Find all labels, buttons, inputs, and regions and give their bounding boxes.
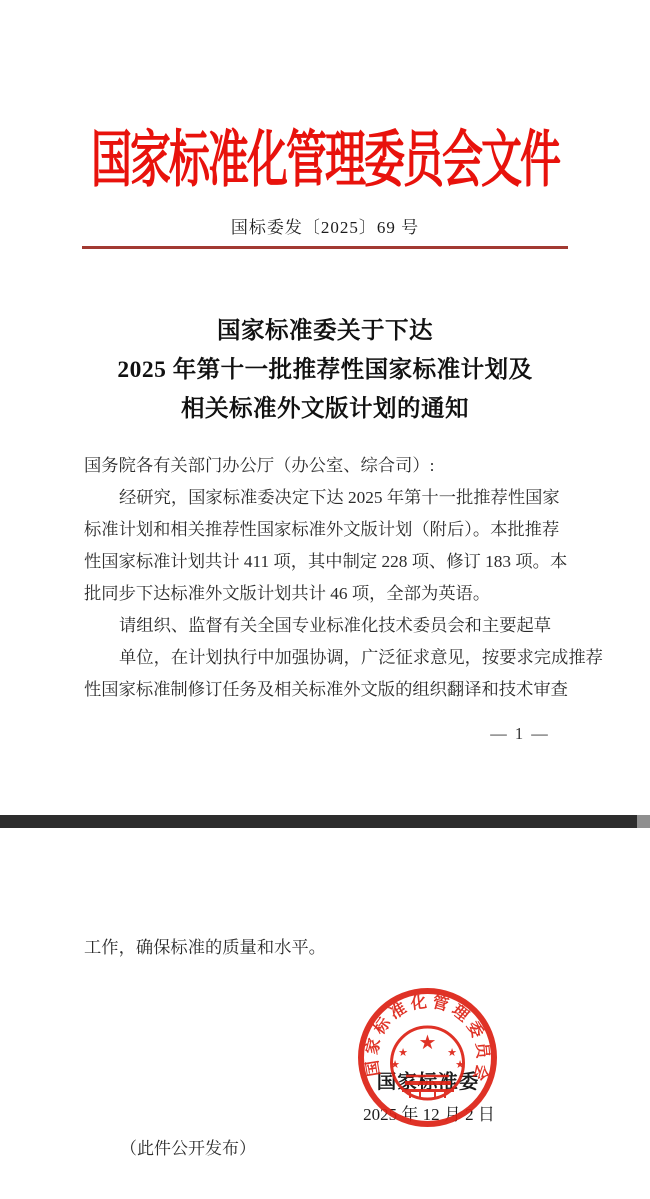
body-text-line: 请组织、监督有关全国专业标准化技术委员会和主要起草 (84, 610, 574, 642)
document-number: 国标委发〔2025〕69 号 (0, 213, 650, 238)
page-break-bar-end (637, 815, 650, 828)
body-text-line: 单位，在计划执行中加强协调，广泛征求意见，按要求完成推荐 (84, 642, 574, 674)
emblem-small-star-1: ★ (398, 1047, 408, 1059)
notice-title: 国家标准委关于下达2025 年第十一批推荐性国家标准计划及相关标准外文版计划的通… (0, 312, 650, 429)
emblem-small-star-2: ★ (447, 1047, 457, 1059)
body-text: 国务院各有关部门办公厅（办公室、综合司）: 经研究，国家标准委决定下达 2025… (84, 450, 574, 706)
body-text-line: 性国家标准制修订任务及相关标准外文版的组织翻译和技术审查 (84, 674, 574, 706)
body-paragraph-lines: 经研究，国家标准委决定下达 2025 年第十一批推荐性国家标准计划和相关推荐性国… (84, 482, 574, 706)
notice-title-line: 2025 年第十一批推荐性国家标准计划及 (0, 351, 650, 390)
emblem-big-star: ★ (419, 1032, 437, 1054)
body-continuation-line: 工作，确保标准的质量和水平。 (84, 932, 574, 964)
body-text-line: 批同步下达标准外文版计划共计 46 项，全部为英语。 (84, 578, 574, 610)
body-text-line: 经研究，国家标准委决定下达 2025 年第十一批推荐性国家 (84, 482, 574, 514)
page-break-bar (0, 815, 650, 828)
notice-title-line: 国家标准委关于下达 (0, 312, 650, 351)
body-text-line: 性国家标准计划共计 411 项，其中制定 228 项、修订 183 项。本 (84, 546, 574, 578)
red-header-title: 国家标准化管理委员会文件 (0, 110, 650, 199)
issue-date: 2025 年 12 月 2 日 (358, 1100, 500, 1125)
official-document-scan: 国家标准化管理委员会文件 国标委发〔2025〕69 号 国家标准委关于下达202… (0, 0, 650, 1199)
public-release-note: （此件公开发布） (120, 1134, 256, 1159)
body-text-line: 标准计划和相关推荐性国家标准外文版计划（附后）。本批推荐 (84, 514, 574, 546)
red-divider-rule (82, 246, 568, 249)
notice-title-line: 相关标准外文版计划的通知 (0, 390, 650, 429)
issuing-authority-signature: 国家标准委 (352, 1066, 504, 1094)
page-number: — 1 — (475, 724, 565, 744)
salutation-line: 国务院各有关部门办公厅（办公室、综合司）: (84, 450, 574, 482)
